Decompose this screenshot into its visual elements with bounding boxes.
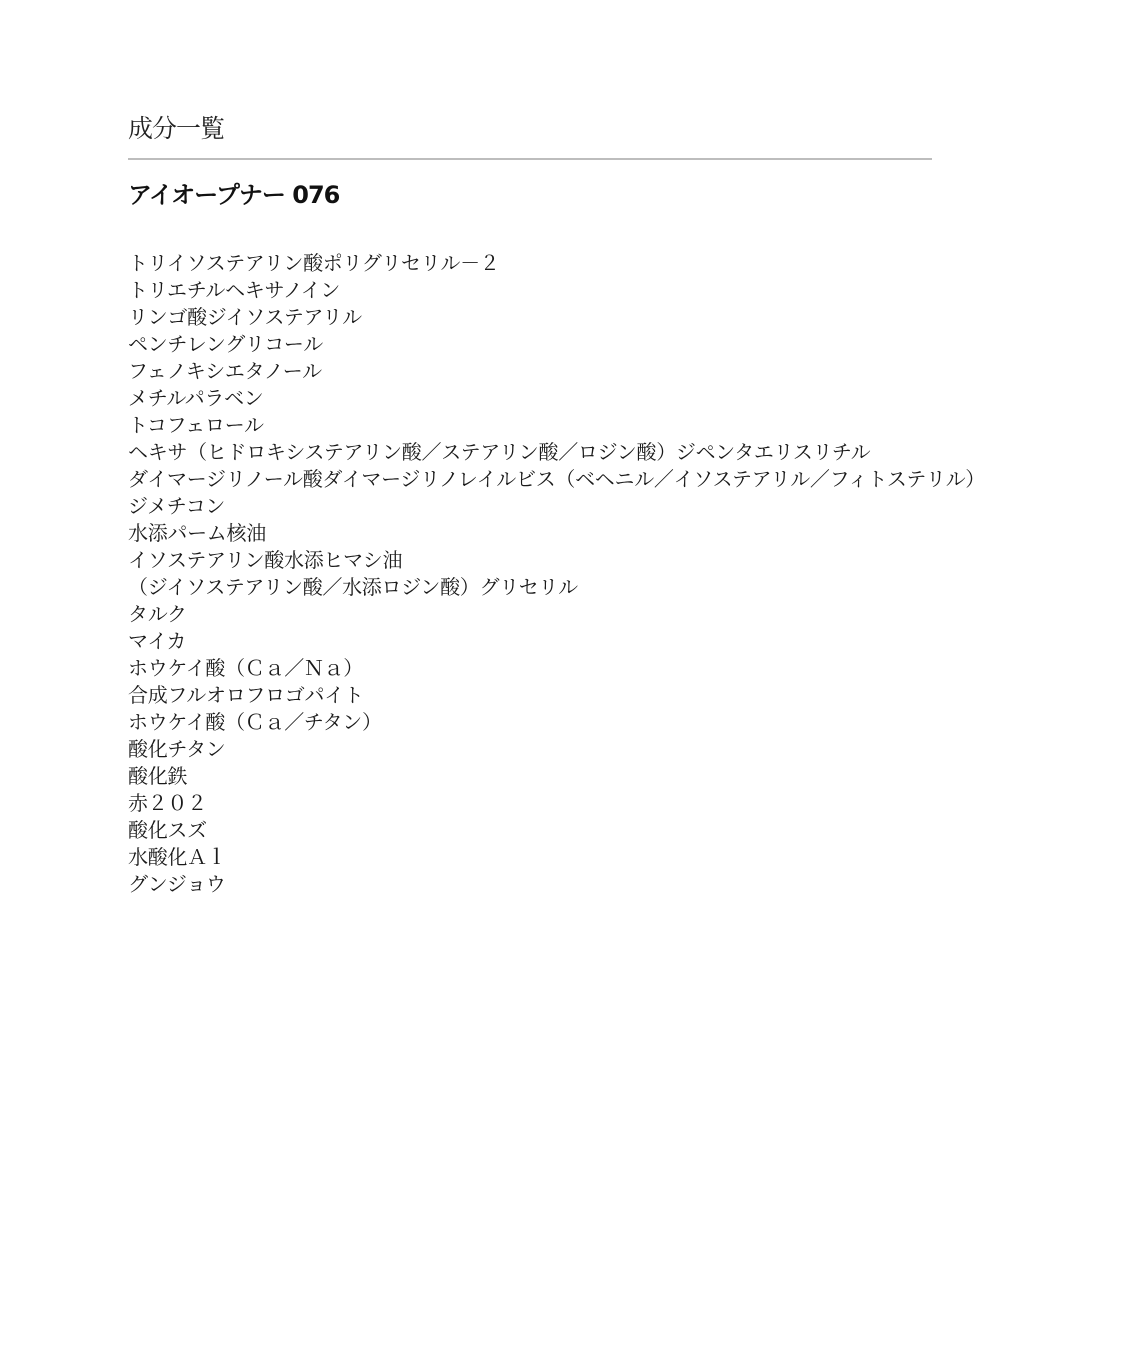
ingredient-item: フェノキシエタノール	[128, 358, 985, 385]
ingredient-item: ペンチレングリコール	[128, 331, 985, 358]
ingredient-item: マイカ	[128, 628, 985, 655]
ingredient-item: ホウケイ酸（Ｃａ／チタン）	[128, 709, 985, 736]
section-title: 成分一覧	[128, 112, 224, 146]
ingredient-item: トリイソステアリン酸ポリグリセリル－２	[128, 250, 985, 277]
ingredient-item: 水酸化Ａｌ	[128, 844, 985, 871]
ingredient-item: タルク	[128, 601, 985, 628]
ingredient-item: 水添パーム核油	[128, 520, 985, 547]
ingredient-item: リンゴ酸ジイソステアリル	[128, 304, 985, 331]
ingredient-item: メチルパラベン	[128, 385, 985, 412]
ingredient-item: ダイマージリノール酸ダイマージリノレイルビス（ベヘニル／イソステアリル／フィトス…	[128, 466, 985, 493]
ingredient-item: 赤２０２	[128, 790, 985, 817]
product-name: アイオープナー 076	[128, 177, 339, 213]
ingredient-item: ヘキサ（ヒドロキシステアリン酸／ステアリン酸／ロジン酸）ジペンタエリスリチル	[128, 439, 985, 466]
ingredient-item: 酸化スズ	[128, 817, 985, 844]
ingredient-list: トリイソステアリン酸ポリグリセリル－２ トリエチルヘキサノイン リンゴ酸ジイソス…	[128, 250, 985, 898]
ingredient-item: イソステアリン酸水添ヒマシ油	[128, 547, 985, 574]
ingredient-item: 酸化チタン	[128, 736, 985, 763]
ingredient-item: 酸化鉄	[128, 763, 985, 790]
ingredient-item: グンジョウ	[128, 871, 985, 898]
ingredient-item: 合成フルオロフロゴパイト	[128, 682, 985, 709]
ingredient-item: トコフェロール	[128, 412, 985, 439]
ingredient-item: ジメチコン	[128, 493, 985, 520]
ingredient-item: ホウケイ酸（Ｃａ／Ｎａ）	[128, 655, 985, 682]
ingredient-item: トリエチルヘキサノイン	[128, 277, 985, 304]
section-divider	[128, 158, 932, 160]
ingredient-item: （ジイソステアリン酸／水添ロジン酸）グリセリル	[128, 574, 985, 601]
